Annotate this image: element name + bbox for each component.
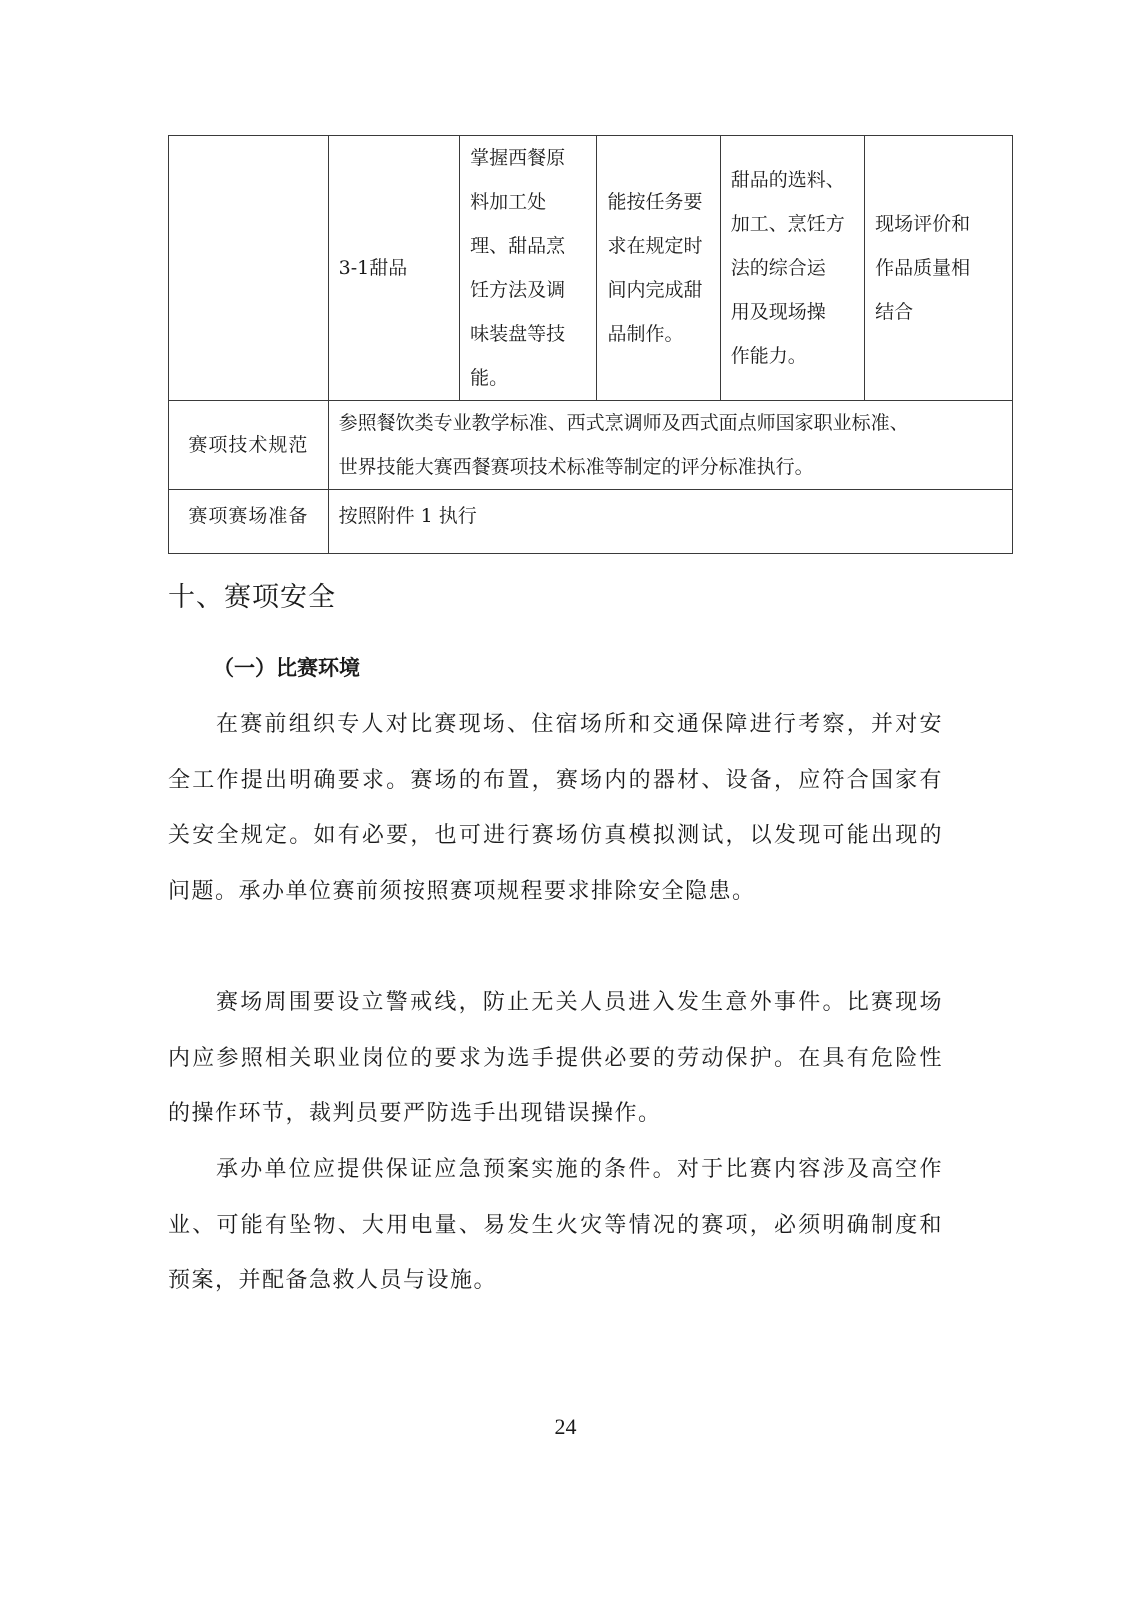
venue-prep-label: 赛项赛场准备 [169,490,329,554]
task-name-cell: 3-1甜品 [328,136,459,401]
assessment-focus-cell: 甜品的选料、 加工、烹饪方 法的综合运 用及现场操 作能力。 [720,136,864,401]
table-row-venue-prep: 赛项赛场准备 按照附件 1 执行 [169,490,1013,554]
task-name: 3-1甜品 [339,246,449,290]
paragraph-venue-inspection: 在赛前组织专人对比赛现场、住宿场所和交通保障进行考察，并对安全工作提出明确要求。… [168,697,943,919]
evaluation-method-cell: 现场评价和 作品质量相 结合 [865,136,1013,401]
table-row-dessert: 3-1甜品 掌握西餐原 料加工处 理、甜品烹 饪方法及调 味装盘等技 能。 能按… [169,136,1013,401]
subsection-heading: （一）比赛环境 [213,652,360,682]
technical-spec-content: 参照餐饮类专业教学标准、西式烹调师及西式面点师国家职业标准、 世界技能大赛西餐赛… [328,401,1012,490]
table-row-technical-spec: 赛项技术规范 参照餐饮类专业教学标准、西式烹调师及西式面点师国家职业标准、 世界… [169,401,1013,490]
section-heading: 十、赛项安全 [168,575,336,614]
paragraph-emergency-plan: 承办单位应提供保证应急预案实施的条件。对于比赛内容涉及高空作业、可能有坠物、大用… [168,1142,943,1309]
module-cell-empty [169,136,329,401]
venue-prep-content: 按照附件 1 执行 [328,490,1012,554]
competition-spec-table: 3-1甜品 掌握西餐原 料加工处 理、甜品烹 饪方法及调 味装盘等技 能。 能按… [168,135,1013,554]
page-number: 24 [0,1414,1131,1440]
paragraph-warning-line: 赛场周围要设立警戒线，防止无关人员进入发生意外事件。比赛现场内应参照相关职业岗位… [168,975,943,1142]
knowledge-cell: 掌握西餐原 料加工处 理、甜品烹 饪方法及调 味装盘等技 能。 [460,136,597,401]
technical-spec-label: 赛项技术规范 [169,401,329,490]
task-requirement-cell: 能按任务要 求在规定时 间内完成甜 品制作。 [597,136,720,401]
document-page: 3-1甜品 掌握西餐原 料加工处 理、甜品烹 饪方法及调 味装盘等技 能。 能按… [0,0,1131,1600]
